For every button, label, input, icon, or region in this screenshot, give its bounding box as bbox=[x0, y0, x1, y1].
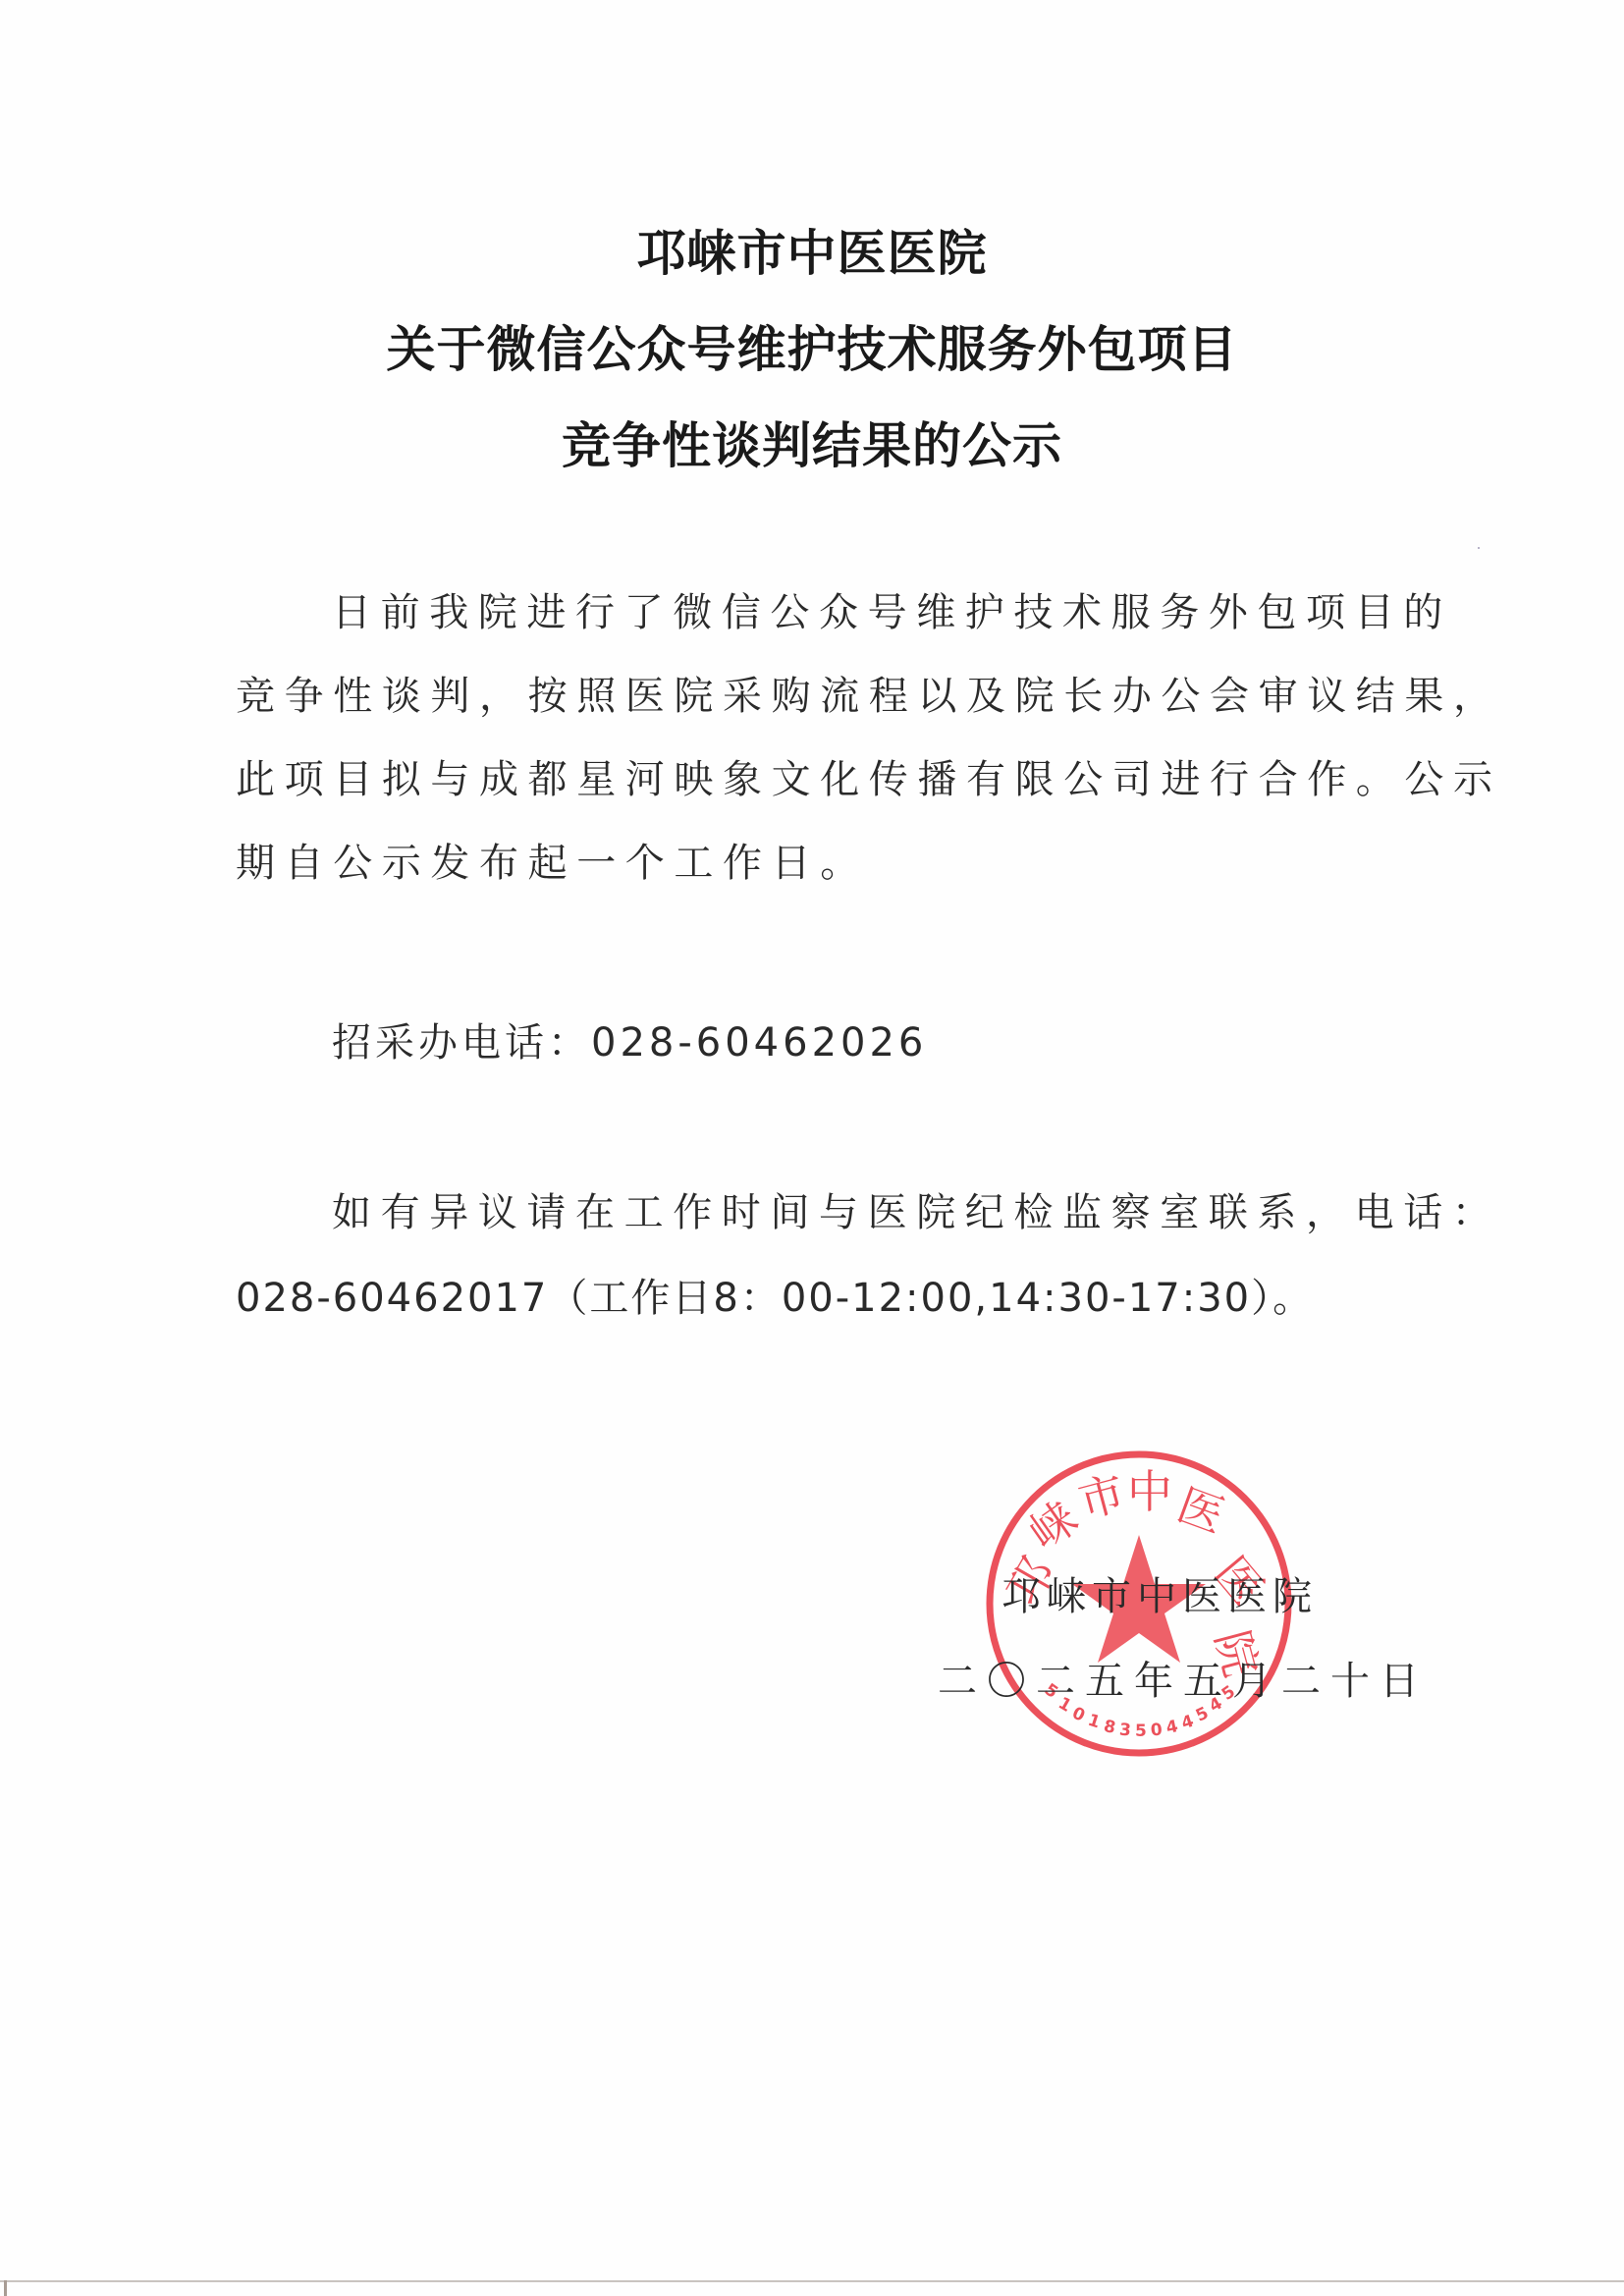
objection-line-2: 028-60462017（工作日8：00-12:00,14:30-17:30）。 bbox=[236, 1267, 1314, 1323]
paragraph-line-4: 期自公示发布起一个工作日。 bbox=[236, 832, 869, 888]
objection-line-1: 如有异议请在工作时间与医院纪检监察室联系，电话： bbox=[332, 1181, 1500, 1237]
svg-text:5: 5 bbox=[1135, 1722, 1147, 1741]
signature-date: 二〇二五年五月二十日 bbox=[938, 1650, 1429, 1706]
scan-speck bbox=[1478, 547, 1480, 549]
paragraph-line-1: 日前我院进行了微信公众号维护技术服务外包项目的 bbox=[332, 581, 1452, 637]
procurement-phone: 招采办电话：028-60462026 bbox=[332, 1011, 927, 1067]
scan-edge-tick bbox=[4, 2280, 7, 2296]
title-project-name: 关于微信公众号维护技术服务外包项目 bbox=[0, 310, 1624, 381]
svg-text:市: 市 bbox=[1073, 1465, 1130, 1528]
svg-text:0: 0 bbox=[1150, 1721, 1164, 1741]
svg-text:4: 4 bbox=[1179, 1712, 1197, 1734]
svg-text:0: 0 bbox=[1069, 1703, 1088, 1725]
svg-text:3: 3 bbox=[1118, 1721, 1132, 1741]
title-hospital-name: 邛崃市中医医院 bbox=[0, 214, 1624, 285]
title-announcement: 竞争性谈判结果的公示 bbox=[0, 407, 1624, 477]
svg-text:1: 1 bbox=[1086, 1711, 1103, 1733]
signature-org: 邛崃市中医医院 bbox=[1001, 1565, 1318, 1621]
svg-text:4: 4 bbox=[1164, 1717, 1180, 1738]
svg-text:医: 医 bbox=[1170, 1478, 1231, 1543]
paragraph-line-3: 此项目拟与成都星河映象文化传播有限公司进行合作。公示 bbox=[236, 748, 1502, 804]
paragraph-line-2: 竞争性谈判，按照医院采购流程以及院长办公会审议结果， bbox=[236, 665, 1502, 721]
document-page: 邛崃市中医医院 关于微信公众号维护技术服务外包项目 竞争性谈判结果的公示 日前我… bbox=[0, 0, 1624, 2296]
svg-text:8: 8 bbox=[1102, 1717, 1117, 1738]
scan-edge-line bbox=[0, 2280, 1624, 2282]
svg-text:中: 中 bbox=[1127, 1465, 1172, 1518]
svg-text:5: 5 bbox=[1193, 1704, 1212, 1726]
